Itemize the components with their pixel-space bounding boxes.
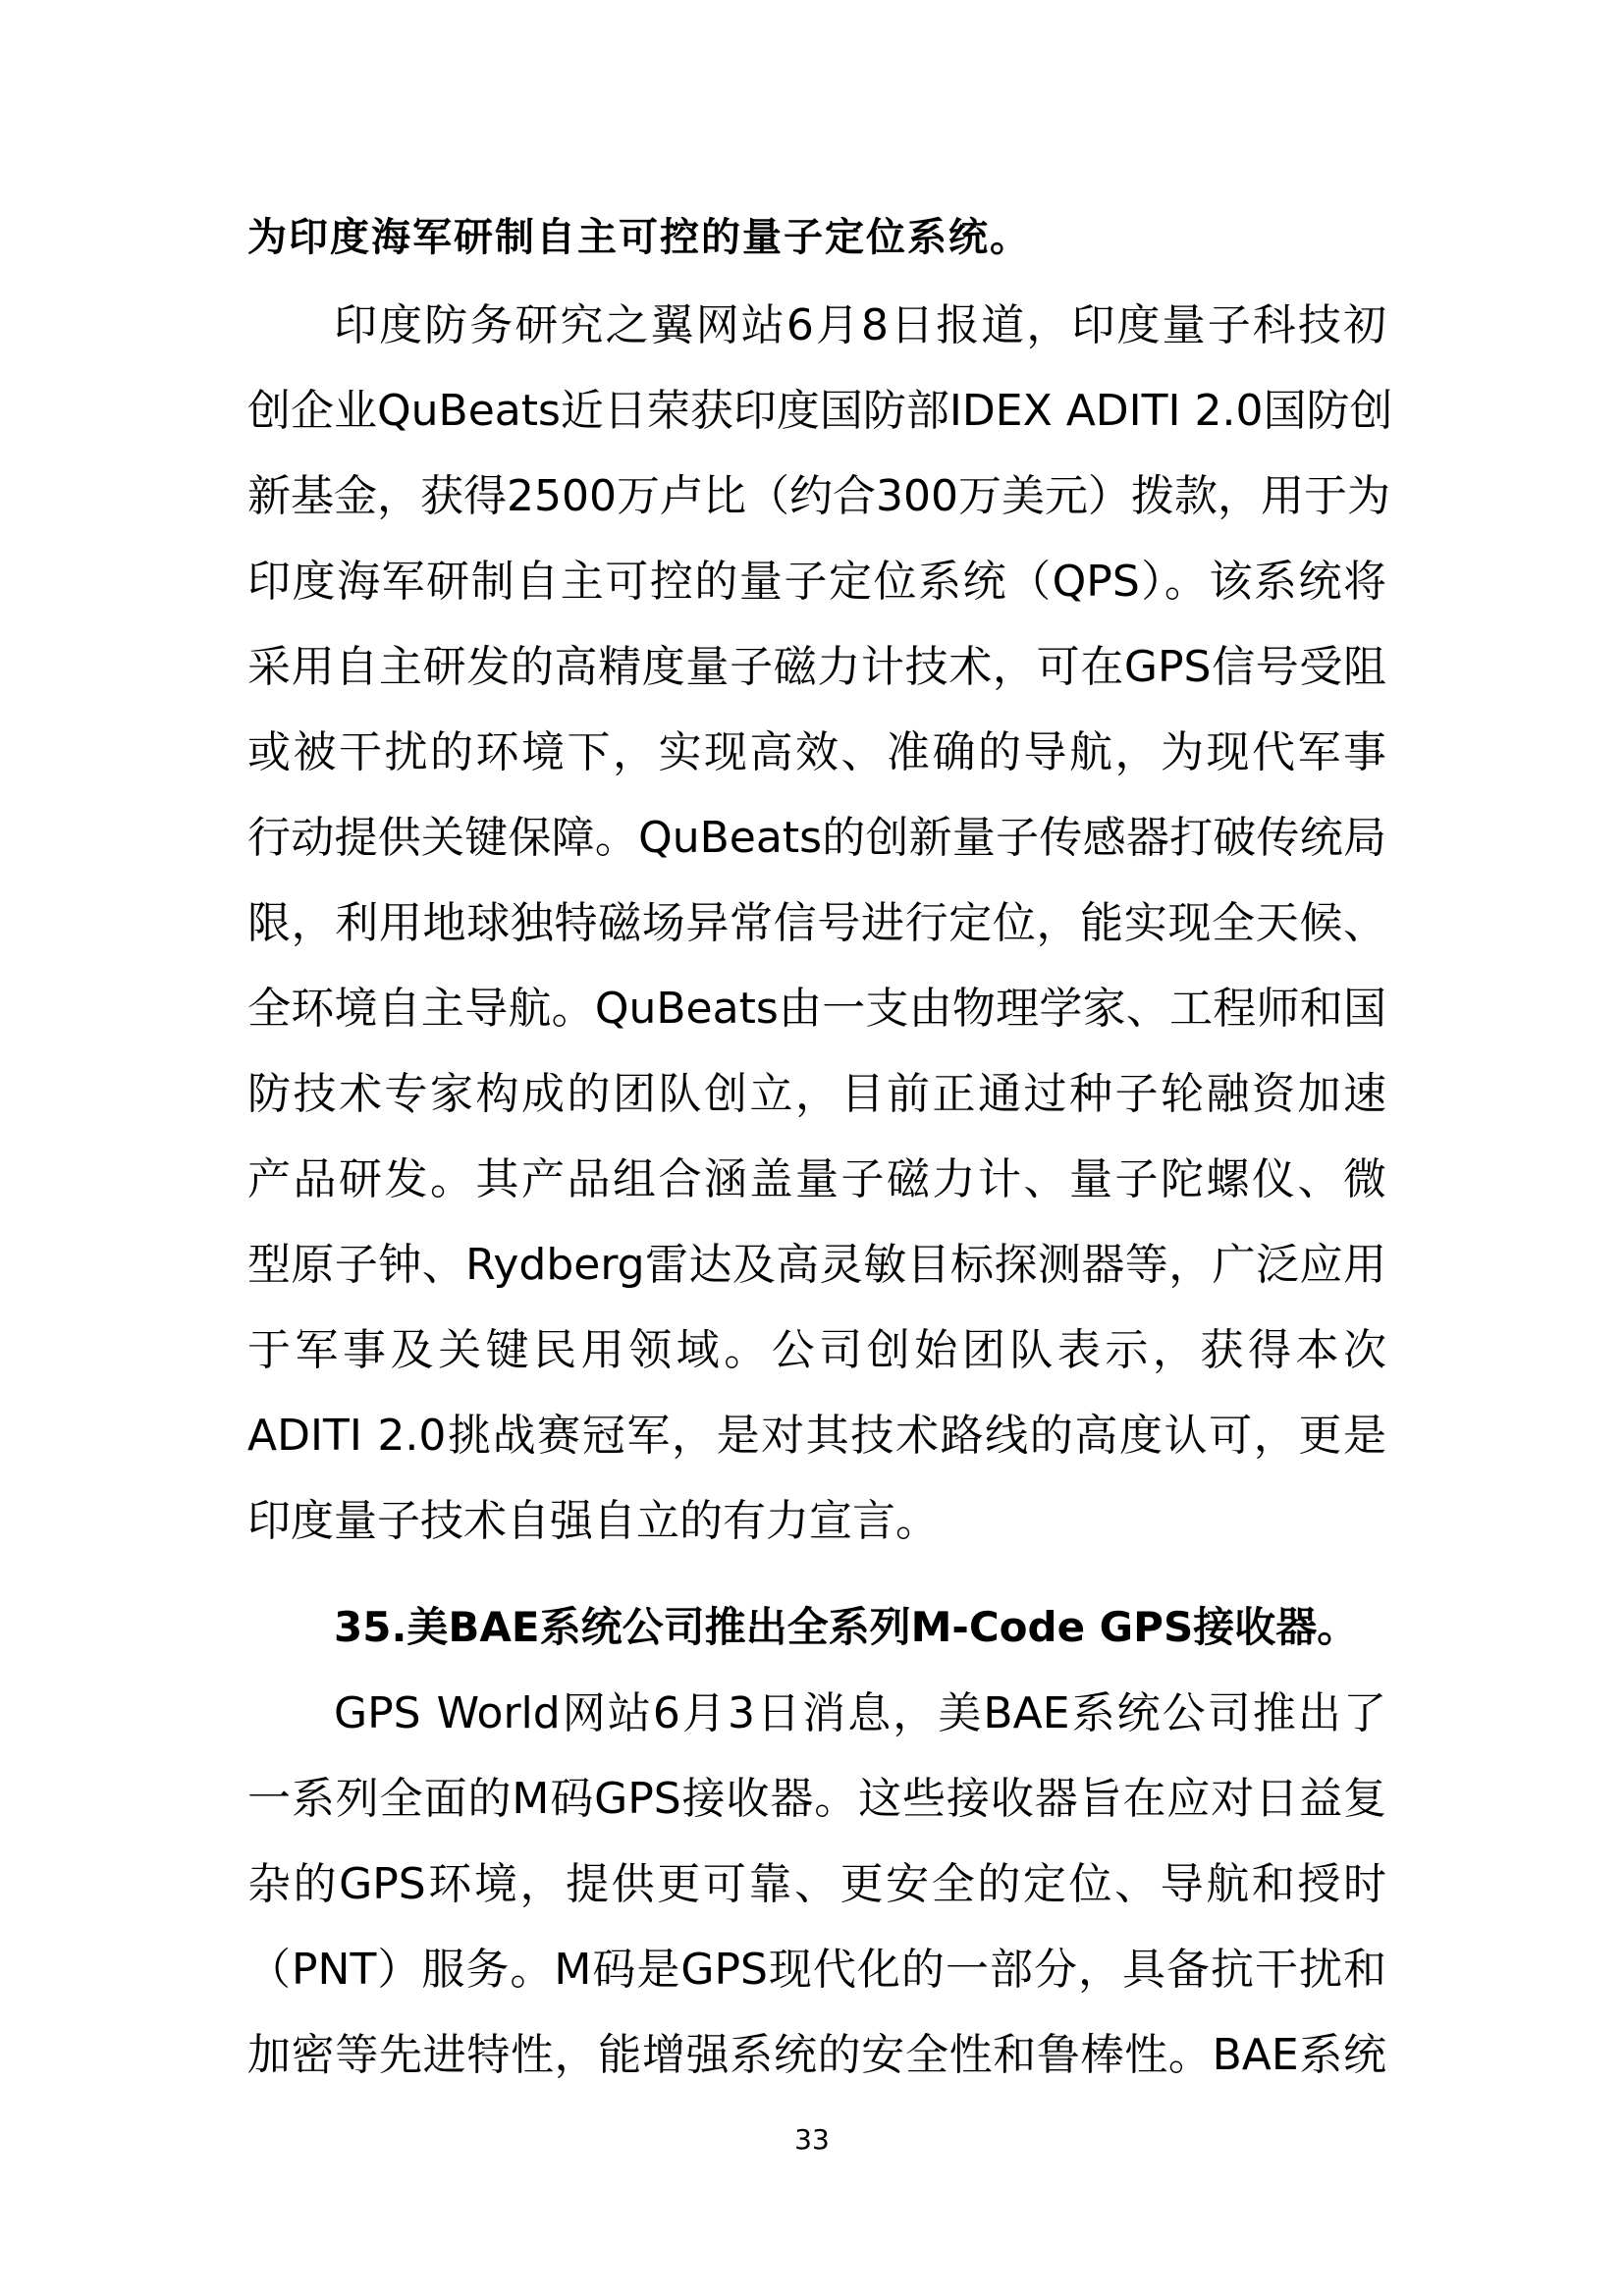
document-page: 为印度海军研制自主可控的量子定位系统。 印度防务研究之翼网站6月8日报道，印度量… — [0, 0, 1624, 2296]
paragraph-line: 于军事及关键民用领域。公司创始团队表示，获得本次 — [247, 1321, 1386, 1380]
page-number: 33 — [0, 2120, 1624, 2160]
paragraph-line: 型原子钟、Rydberg雷达及高灵敏目标探测器等，广泛应用 — [247, 1236, 1386, 1295]
paragraph-line: 印度海军研制自主可控的量子定位系统（QPS）。该系统将 — [247, 553, 1386, 612]
paragraph-line: GPS World网站6月3日消息，美BAE系统公司推出了 — [334, 1684, 1386, 1743]
paragraph-line: 一系列全面的M码GPS接收器。这些接收器旨在应对日益复 — [247, 1770, 1386, 1829]
paragraph-line: 全环境自主导航。QuBeats由一支由物理学家、工程师和国 — [247, 980, 1386, 1039]
article-35-heading: 35.美BAE系统公司推出全系列M-Code GPS接收器。 — [334, 1598, 1386, 1657]
continued-article-heading: 为印度海军研制自主可控的量子定位系统。 — [247, 208, 1386, 267]
paragraph-line: ADITI 2.0挑战赛冠军，是对其技术路线的高度认可，更是 — [247, 1407, 1386, 1466]
paragraph-line: 加密等先进特性，能增强系统的安全性和鲁棒性。BAE系统 — [247, 2026, 1386, 2085]
paragraph-line: 采用自主研发的高精度量子磁力计技术，可在GPS信号受阻 — [247, 638, 1386, 697]
paragraph-line: 防技术专家构成的团队创立，目前正通过种子轮融资加速 — [247, 1065, 1386, 1124]
paragraph-line: 印度防务研究之翼网站6月8日报道，印度量子科技初 — [334, 296, 1386, 355]
paragraph-line: 印度量子技术自强自立的有力宣言。 — [247, 1492, 1386, 1551]
paragraph-line: （PNT）服务。M码是GPS现代化的一部分，具备抗干扰和 — [247, 1941, 1386, 2000]
paragraph-line: 产品研发。其产品组合涵盖量子磁力计、量子陀螺仪、微 — [247, 1150, 1386, 1209]
paragraph-line: 新基金，获得2500万卢比（约合300万美元）拨款，用于为 — [247, 467, 1386, 526]
paragraph-line: 杂的GPS环境，提供更可靠、更安全的定位、导航和授时 — [247, 1855, 1386, 1914]
paragraph-line: 行动提供关键保障。QuBeats的创新量子传感器打破传统局 — [247, 809, 1386, 868]
paragraph-line: 或被干扰的环境下，实现高效、准确的导航，为现代军事 — [247, 723, 1386, 782]
paragraph-line: 创企业QuBeats近日荣获印度国防部IDEX ADITI 2.0国防创 — [247, 382, 1386, 441]
paragraph-line: 限，利用地球独特磁场异常信号进行定位，能实现全天候、 — [247, 894, 1386, 953]
